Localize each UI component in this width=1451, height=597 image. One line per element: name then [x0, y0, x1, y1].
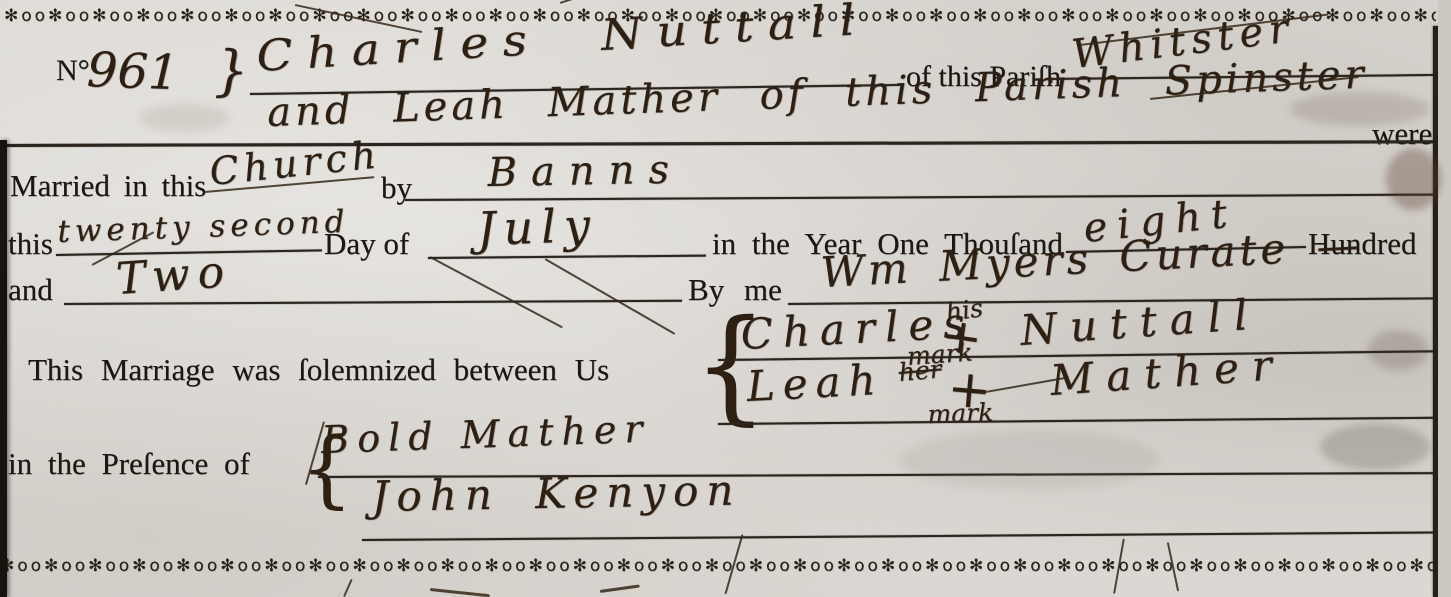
bleed-through-artifact [1386, 148, 1441, 210]
witness2-signature: John Kenyon [371, 466, 742, 521]
ink-flourish [430, 256, 563, 328]
presence-printed: in the Preſence of [8, 446, 250, 482]
married-in-this-printed: Married in this [10, 168, 206, 204]
paper-stain [900, 430, 1160, 490]
month-handwritten: July [476, 198, 599, 256]
day-handwritten: twenty second [57, 204, 350, 250]
bleed-through-artifact [1320, 424, 1430, 470]
bride-signature-first: Leah [745, 355, 884, 411]
right-page-margin [1438, 0, 1451, 597]
bleed-through-artifact [1290, 92, 1430, 126]
form-rule [6, 140, 1437, 147]
ink-flourish [545, 258, 676, 335]
witness1-signature: Bold Mather [320, 407, 651, 462]
ink-flourish [430, 588, 490, 597]
form-rule [428, 255, 706, 259]
entry-number-label: N° [56, 54, 90, 88]
entry-number-brace: } [214, 44, 248, 98]
this-printed: this [8, 226, 53, 262]
marriage-register-entry-scan: ✻oo✻oo✻oo✻oo✻oo✻oo✻oo✻oo✻oo✻oo✻oo✻oo✻oo✻… [0, 0, 1451, 597]
bleed-through-artifact [1368, 330, 1428, 370]
banns-handwritten: Banns [487, 147, 683, 196]
day-of-printed: Day of [324, 226, 409, 262]
her-word-handwritten: her [897, 354, 942, 387]
ink-flourish [560, 0, 646, 4]
form-rule [362, 531, 1438, 541]
year-units-handwritten: Two [114, 246, 233, 305]
left-binding-shadow [0, 140, 7, 597]
mark-word-handwritten: mark [927, 398, 994, 429]
form-rule [718, 417, 1438, 425]
and-printed: and [8, 272, 53, 308]
bottom-ornamental-border: ✻oo✻oo✻oo✻oo✻oo✻oo✻oo✻oo✻oo✻oo✻oo✻oo✻oo✻… [0, 556, 1440, 586]
paper-stain [140, 104, 230, 132]
entry-number-value: 961 [86, 42, 180, 101]
solemnized-printed: This Marriage was ſolemnized between Us [28, 352, 609, 388]
